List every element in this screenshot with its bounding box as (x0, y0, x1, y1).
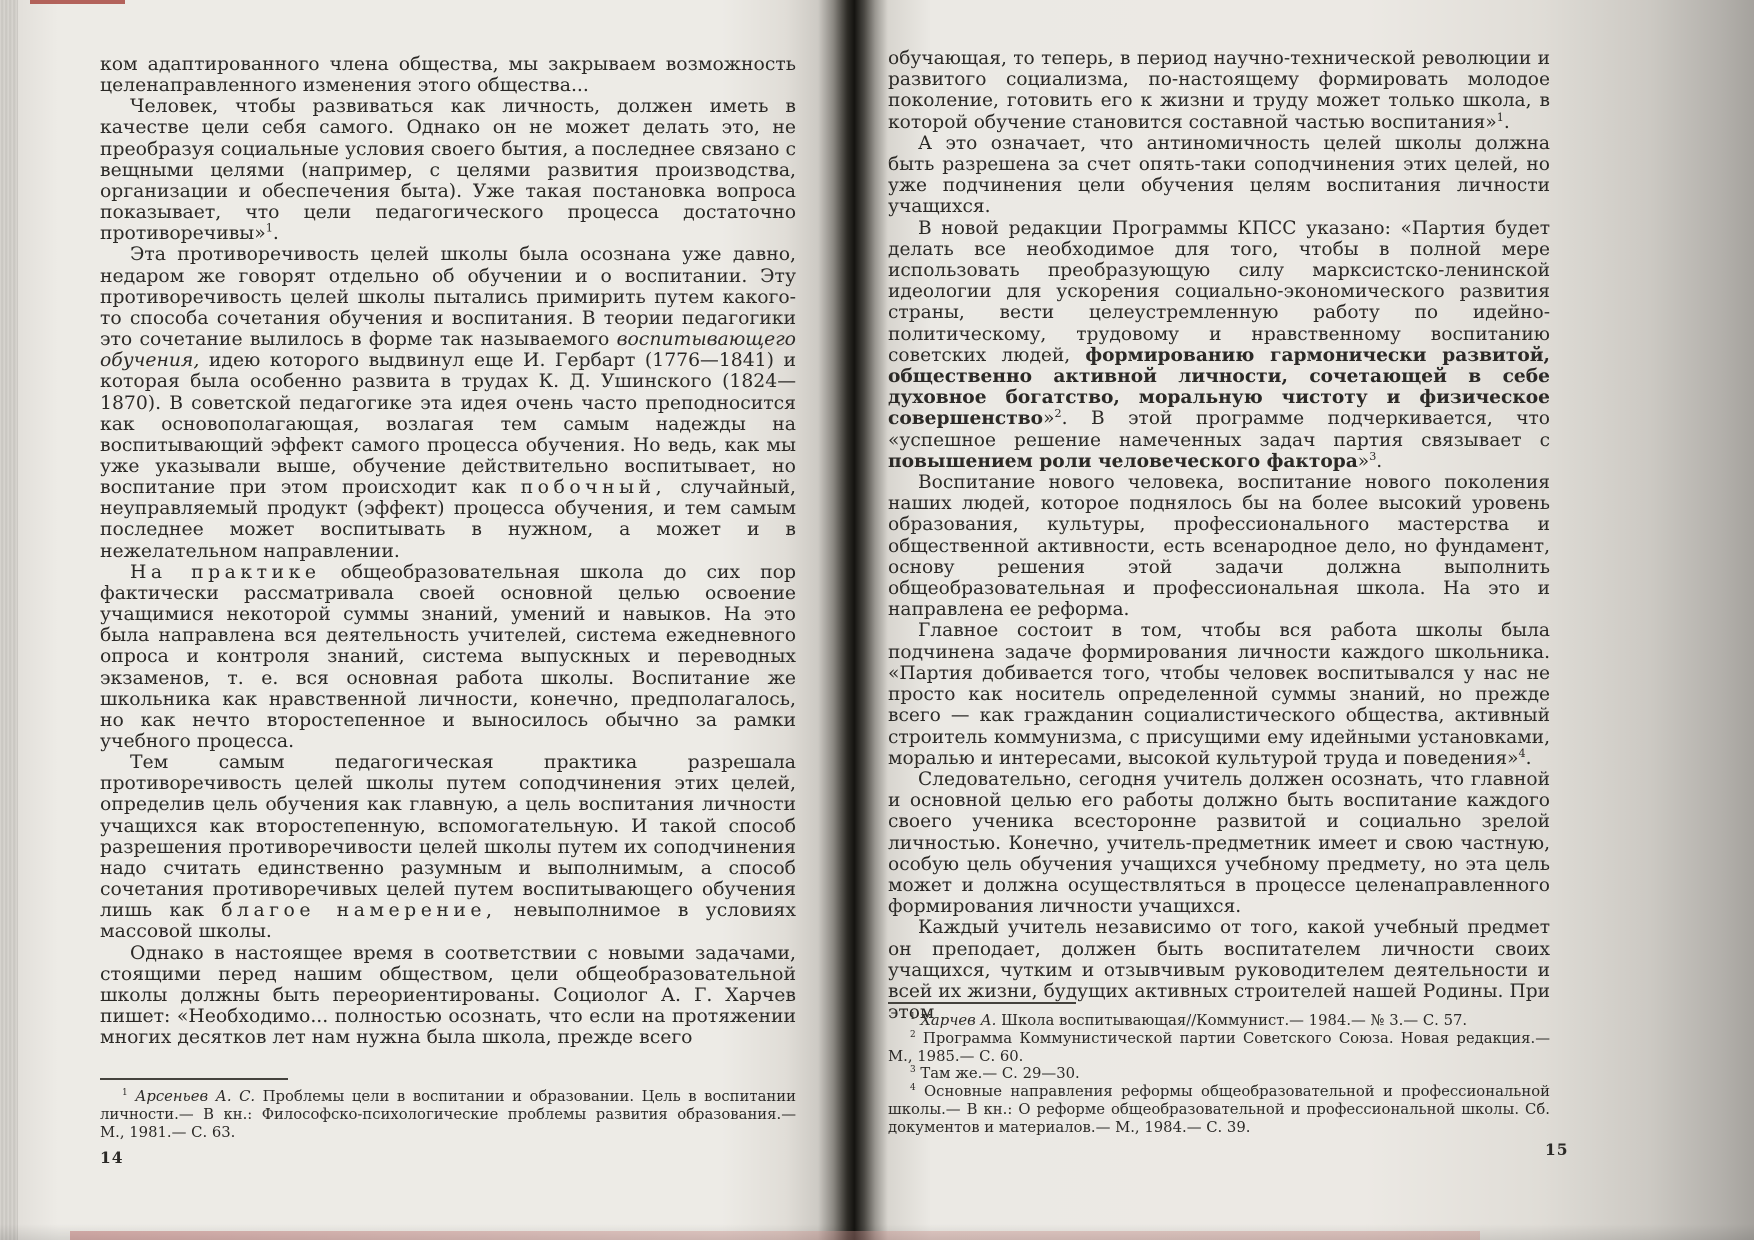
right-footnote-rule (888, 1002, 1076, 1004)
right-page-footnotes: 1 Харчев А. Школа воспитывающая//Коммуни… (888, 1012, 1550, 1137)
left-page-number: 14 (100, 1148, 124, 1167)
right-page-text: обучающая, то теперь, в период научно-те… (888, 48, 1550, 1023)
book-scan: ком адаптированного члена общества, мы з… (0, 0, 1754, 1240)
left-page-footnotes: 1 Арсеньев А. С. Проблемы цели в воспита… (100, 1088, 796, 1141)
right-page-number: 15 (1545, 1140, 1569, 1159)
left-footnote-rule (100, 1078, 288, 1080)
dyed-edge-top (30, 0, 125, 4)
page-edge-stack (0, 0, 18, 1240)
book-gutter-shadow (818, 0, 888, 1240)
left-page-text: ком адаптированного члена общества, мы з… (100, 54, 796, 1048)
bottom-shadow (0, 1224, 1754, 1240)
